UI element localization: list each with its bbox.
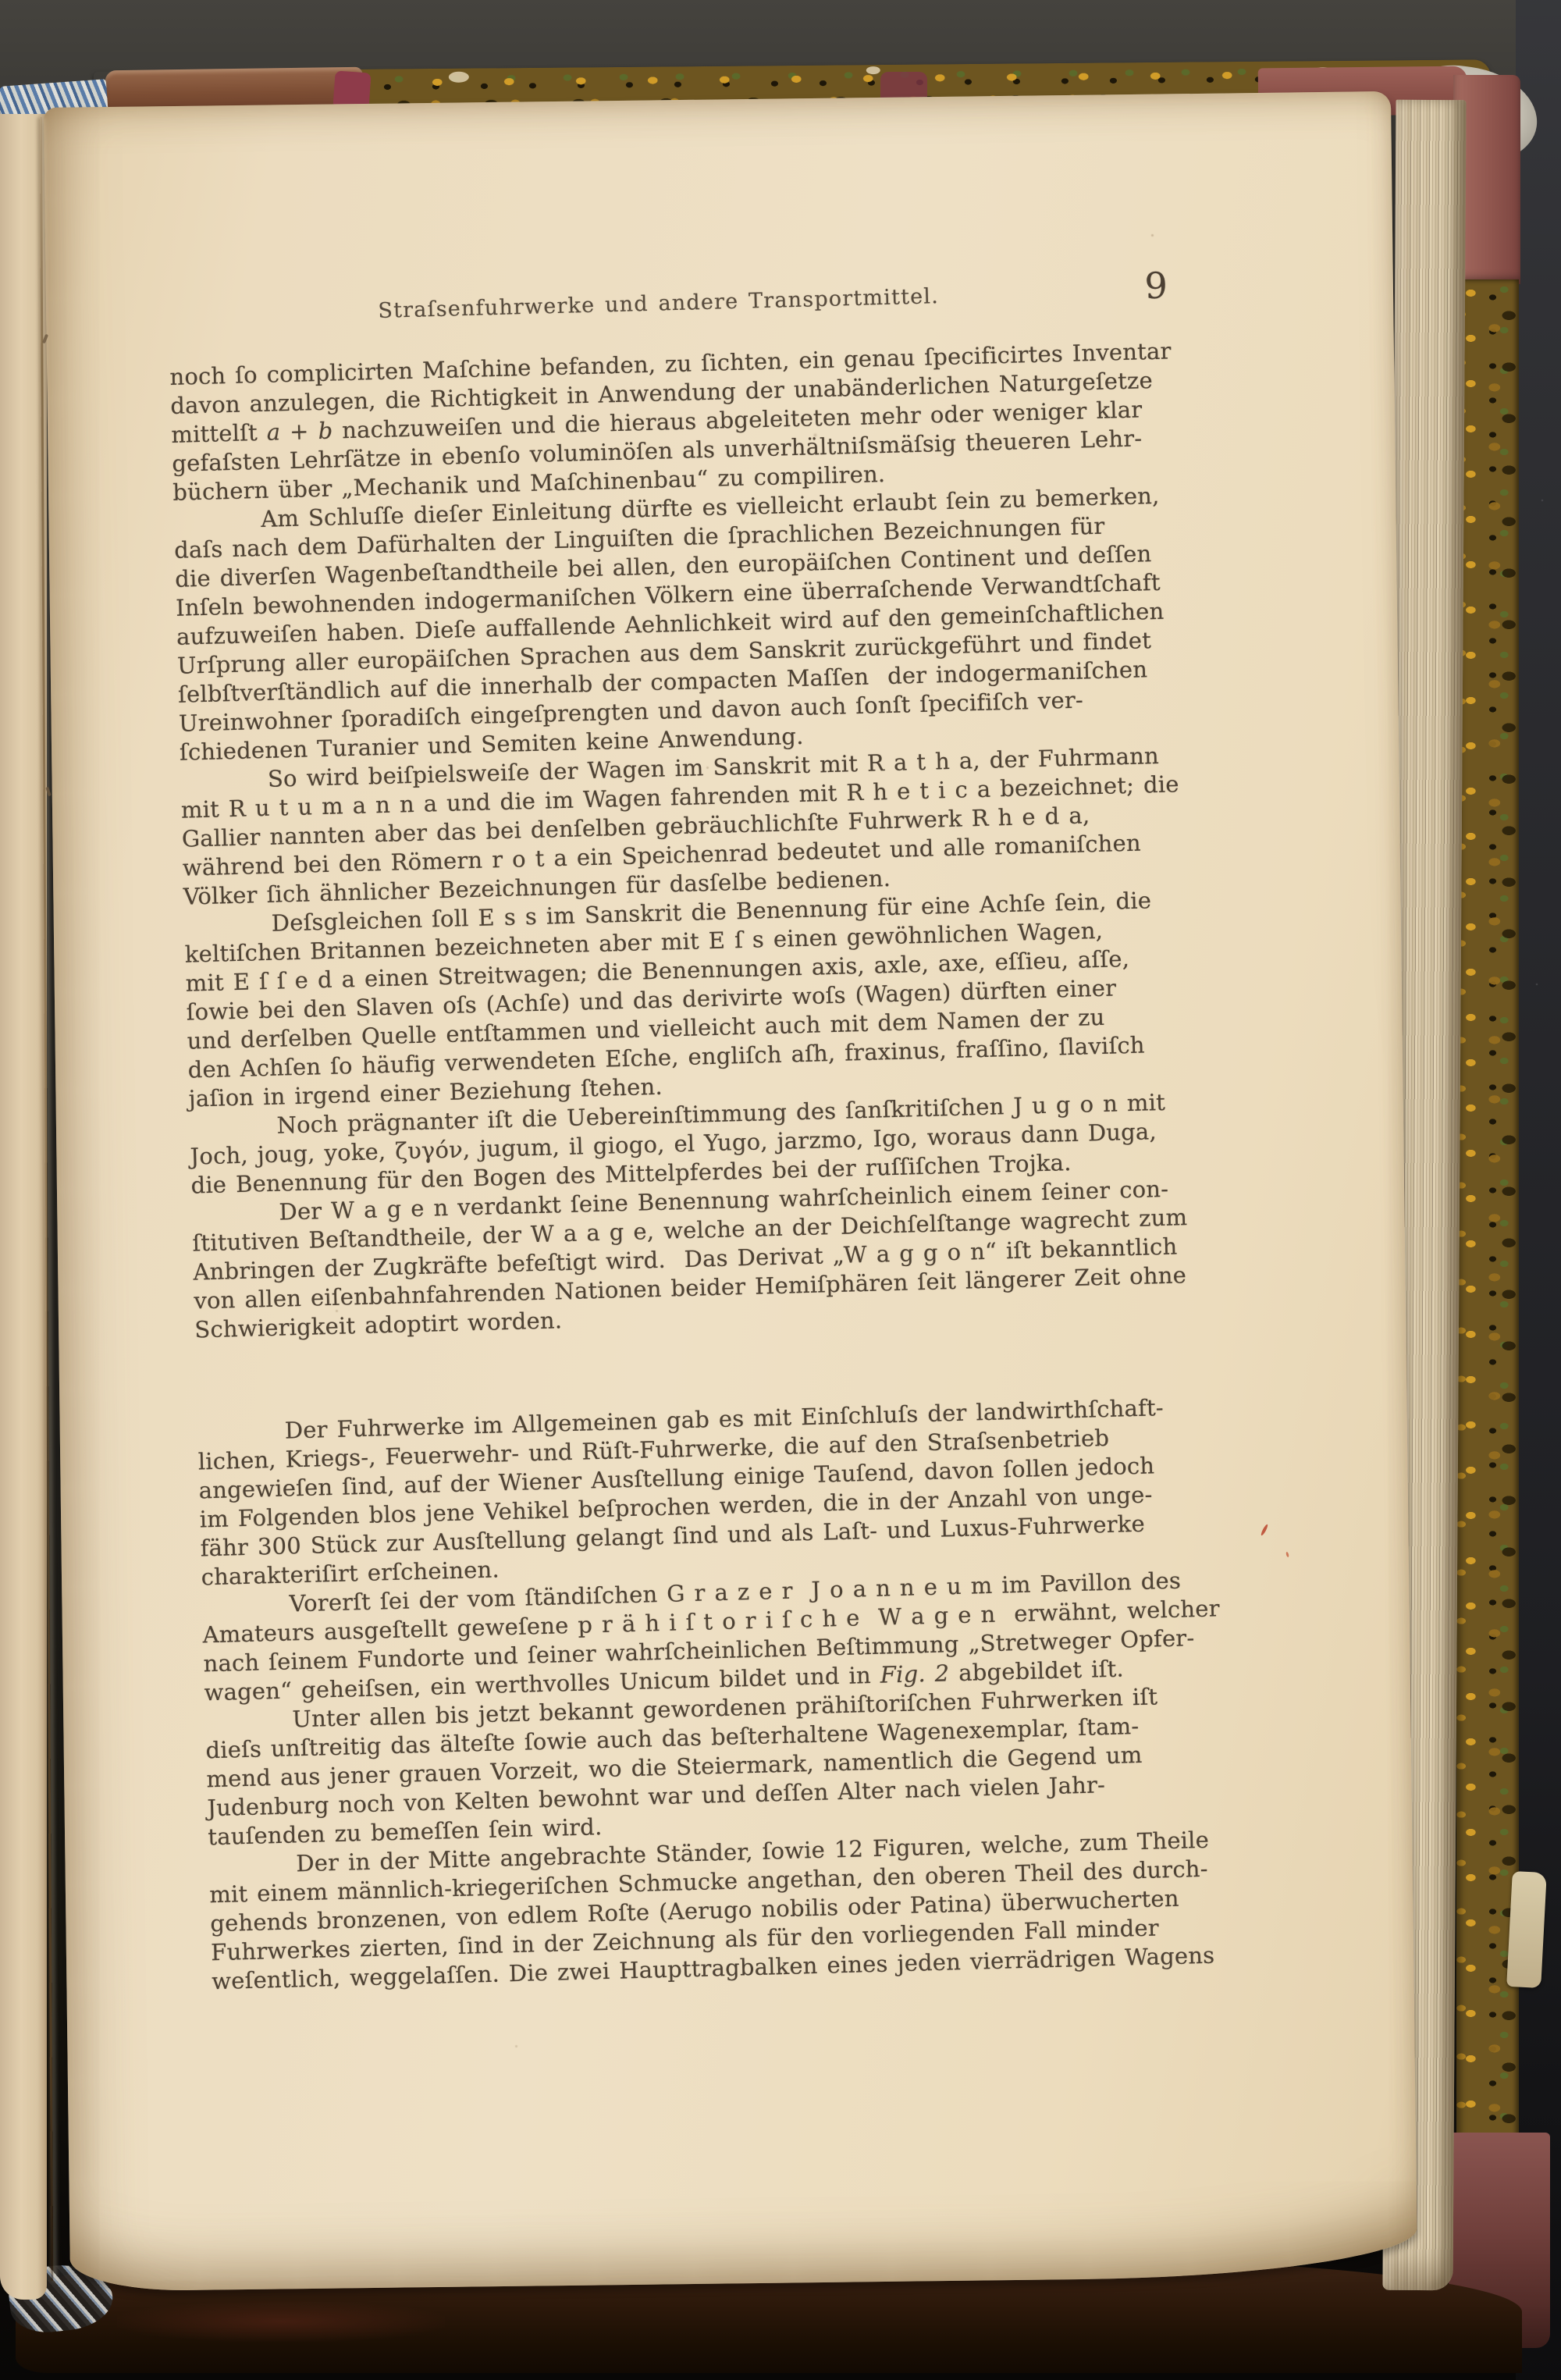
printed-text-block: Straſsenfuhrwerke und andere Transportmi… bbox=[168, 278, 1214, 1996]
facing-page-sliver bbox=[0, 114, 47, 2300]
text-segment: abgebildet iſt. bbox=[949, 1656, 1124, 1687]
scan-background: Straſsenfuhrwerke und andere Transportmi… bbox=[0, 0, 1561, 2380]
cover-bottom-tint bbox=[117, 2301, 445, 2342]
text-segment-italic: a + b bbox=[266, 418, 332, 446]
text-segment: mittelſt bbox=[171, 419, 267, 448]
torn-cover-flap bbox=[1506, 1871, 1547, 1988]
scan-background-right-shade bbox=[1516, 0, 1561, 2380]
paper-fiber-specks bbox=[0, 0, 2, 2]
marbled-paper-right bbox=[1456, 279, 1519, 2141]
body-text: noch ſo complicirten Maſchine befanden, … bbox=[169, 336, 1214, 1996]
page-number: 9 bbox=[1144, 264, 1168, 307]
text-segment-italic: Fig. 2 bbox=[880, 1660, 949, 1688]
